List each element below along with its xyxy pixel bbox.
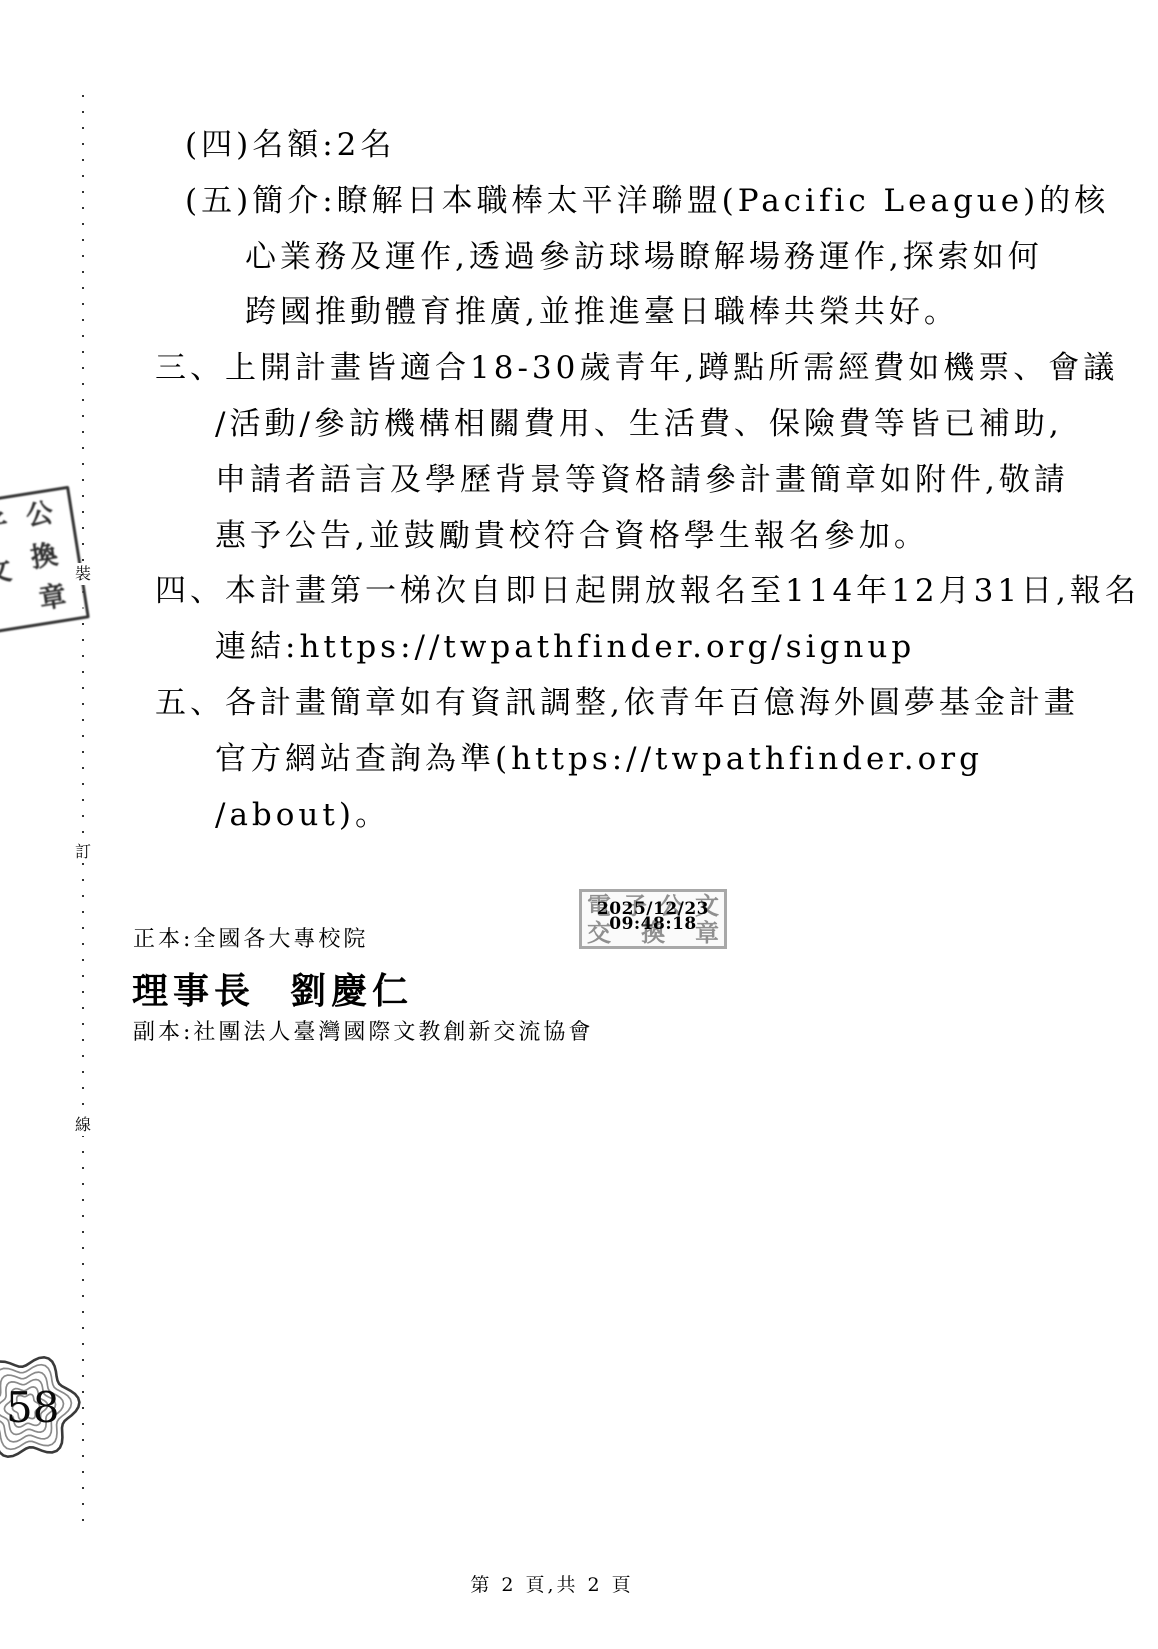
body-line: (四)名額:2名 [185, 118, 1155, 174]
partial-exchange-stamp: 子 文 公 換 章 [0, 486, 90, 635]
body-line: 五、各計畫簡章如有資訊調整,依青年百億海外圓夢基金計畫 [155, 676, 1155, 732]
body-line: 申請者語言及學歷背景等資格請參計畫簡章如附件,敬請 [215, 453, 1155, 509]
page-number-seal-value: 58 [6, 1383, 59, 1432]
body-line: /活動/參訪機構相關費用、生活費、保險費等皆已補助, [215, 397, 1155, 453]
body-line: 四、本計畫第一梯次自即日起開放報名至114年12月31日,報名 [155, 564, 1155, 620]
body-line: 心業務及運作,透過參訪球場瞭解場務運作,探索如何 [245, 230, 1155, 286]
stamp-char: 公 [24, 500, 55, 531]
body-line: (五)簡介:瞭解日本職棒太平洋聯盟(Pacific League)的核 [185, 174, 1155, 230]
body-line: 跨國推動體育推廣,並推進臺日職棒共榮共好。 [245, 285, 1155, 341]
body-line: 三、上開計畫皆適合18-30歲青年,蹲點所需經費如機票、會議 [155, 341, 1155, 397]
stamp-char: 章 [37, 583, 68, 614]
original-recipient-line: 正本:全國各大專校院 [133, 924, 593, 955]
binding-dotted-line [82, 95, 84, 1525]
page-number-seal: 58 [0, 1350, 82, 1466]
binding-mark-ding: 訂 [74, 841, 92, 863]
document-page: 裝 訂 線 (四)名額:2名(五)簡介:瞭解日本職棒太平洋聯盟(Pacific … [0, 0, 1158, 1649]
stamp-char: 文 [0, 557, 14, 588]
body-line: 連結:https://twpathfinder.org/signup [215, 620, 1155, 676]
binding-mark-xian: 線 [74, 1114, 92, 1136]
body-line: /about)。 [215, 788, 1155, 844]
body-line: 官方網站查詢為準(https://twpathfinder.org [215, 732, 1155, 788]
body-line: 惠予公告,並鼓勵貴校符合資格學生報名參加。 [215, 509, 1155, 565]
stamp-char: 子 [0, 511, 10, 542]
signature-chairman: 理事長 劉慶仁 [132, 963, 413, 1014]
binding-mark-zhuang: 裝 [74, 563, 92, 585]
exchange-stamp-time: 09:48:18 [582, 916, 724, 933]
copy-recipient-line: 副本:社團法人臺灣國際文教創新交流協會 [133, 1017, 593, 1048]
electronic-exchange-stamp: 電 子 公 文 交 換 章 2025/12/23 09:48:18 [579, 889, 727, 949]
stamp-char: 換 [29, 541, 60, 572]
document-body: (四)名額:2名(五)簡介:瞭解日本職棒太平洋聯盟(Pacific League… [155, 118, 1155, 843]
page-footer: 第 2 頁,共 2 頁 [0, 1570, 1104, 1597]
